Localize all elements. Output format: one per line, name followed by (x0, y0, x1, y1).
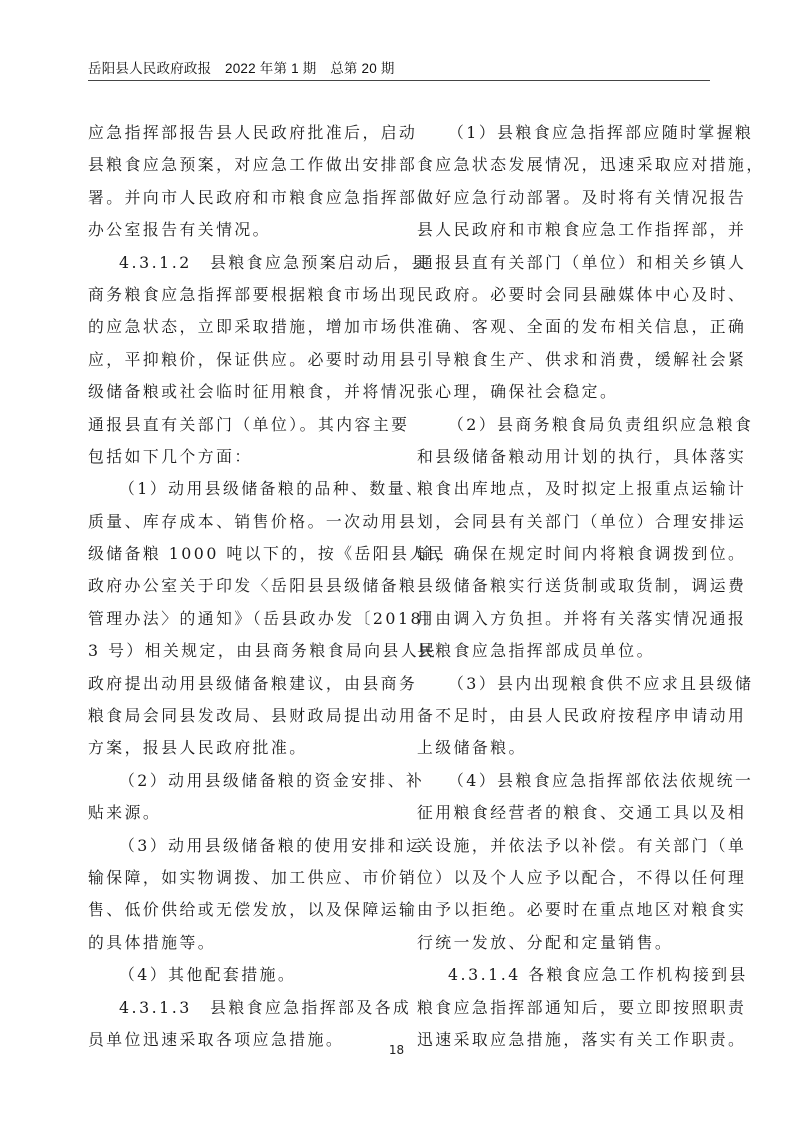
text-line: 做好应急行动部署。及时将有关情况报告 (417, 182, 713, 214)
text-line: 办公室报告有关情况。 (88, 214, 384, 246)
text-line: 应，平抑粮价，保证供应。必要时动用县 (88, 344, 384, 376)
text-line: 行统一发放、分配和定量销售。 (417, 927, 713, 959)
text-line: （2）动用县级储备粮的资金安排、补 (88, 765, 384, 797)
text-line: 张心理，确保社会稳定。 (417, 376, 713, 408)
right-column: （1）县粮食应急指挥部应随时掌握粮食应急状态发展情况，迅速采取应对措施，做好应急… (417, 117, 713, 1056)
text-line: 政府提出动用县级储备粮建议，由县商务 (88, 668, 384, 700)
text-line: （3）县内出现粮食供不应求且县级储 (417, 668, 713, 700)
text-line: 准确、客观、全面的发布相关信息，正确 (417, 311, 713, 343)
text-line: 位）以及个人应予以配合，不得以任何理 (417, 862, 713, 894)
text-line: 和县级储备粮动用计划的执行，具体落实 (417, 441, 713, 473)
text-line: 方案，报县人民政府批准。 (88, 732, 384, 764)
text-line: （3）动用县级储备粮的使用安排和运 (88, 830, 384, 862)
text-line: 质量、库存成本、销售价格。一次动用县 (88, 506, 384, 538)
text-line: 的应急状态，立即采取措施，增加市场供 (88, 311, 384, 343)
text-line: 关设施，并依法予以补偿。有关部门（单 (417, 830, 713, 862)
text-line: 粮食出库地点，及时拟定上报重点运输计 (417, 473, 713, 505)
text-line: （1）县粮食应急指挥部应随时掌握粮 (417, 117, 713, 149)
text-line: 输，确保在规定时间内将粮食调拨到位。 (417, 538, 713, 570)
text-line: （4）县粮食应急指挥部依法依规统一 (417, 765, 713, 797)
text-line: 征用粮食经营者的粮食、交通工具以及相 (417, 797, 713, 829)
text-line: 通报县直有关部门（单位）和相关乡镇人 (417, 247, 713, 279)
text-line: 4.3.1.2 县粮食应急预案启动后，县 (88, 247, 384, 279)
text-line: 民政府。必要时会同县融媒体中心及时、 (417, 279, 713, 311)
text-line: 商务粮食应急指挥部要根据粮食市场出现 (88, 279, 384, 311)
text-line: 贴来源。 (88, 797, 384, 829)
text-line: （1）动用县级储备粮的品种、数量、 (88, 473, 384, 505)
page-number: 18 (0, 1043, 793, 1057)
text-line: 包括如下几个方面： (88, 441, 384, 473)
text-line: 县粮食应急指挥部成员单位。 (417, 635, 713, 667)
text-line: 粮食应急指挥部通知后，要立即按照职责 (417, 992, 713, 1024)
text-line: 管理办法〉的通知》（岳县政办发〔2018〕 (88, 603, 384, 635)
text-line: （2）县商务粮食局负责组织应急粮食 (417, 409, 713, 441)
text-line: 的具体措施等。 (88, 927, 384, 959)
text-line: 4.3.1.4 各粮食应急工作机构接到县 (417, 959, 713, 991)
text-line: 引导粮食生产、供求和消费，缓解社会紧 (417, 344, 713, 376)
text-line: 粮食局会同县发改局、县财政局提出动用 (88, 700, 384, 732)
text-line: 县级储备粮实行送货制或取货制，调运费 (417, 570, 713, 602)
text-line: 售、低价供给或无偿发放，以及保障运输 (88, 894, 384, 926)
header-title: 岳阳县人民政府政报 2022 年第 1 期 总第 20 期 (88, 57, 395, 77)
text-line: 级储备粮 1000 吨以下的，按《岳阳县人民 (88, 538, 384, 570)
text-line: 备不足时，由县人民政府按程序申请动用 (417, 700, 713, 732)
left-column: 应急指挥部报告县人民政府批准后，启动县粮食应急预案，对应急工作做出安排部署。并向… (88, 117, 384, 1056)
text-line: 4.3.1.3 县粮食应急指挥部及各成 (88, 992, 384, 1024)
text-line: 政府办公室关于印发〈岳阳县县级储备粮 (88, 570, 384, 602)
text-line: （4）其他配套措施。 (88, 959, 384, 991)
running-header: 岳阳县人民政府政报 2022 年第 1 期 总第 20 期 (88, 60, 710, 81)
text-line: 通报县直有关部门（单位）。其内容主要 (88, 409, 384, 441)
text-line: 食应急状态发展情况，迅速采取应对措施， (417, 149, 713, 181)
text-line: 用由调入方负担。并将有关落实情况通报 (417, 603, 713, 635)
text-line: 署。并向市人民政府和市粮食应急指挥部 (88, 182, 384, 214)
text-line: 输保障，如实物调拨、加工供应、市价销 (88, 862, 384, 894)
text-line: 县粮食应急预案，对应急工作做出安排部 (88, 149, 384, 181)
text-line: 由予以拒绝。必要时在重点地区对粮食实 (417, 894, 713, 926)
text-line: 上级储备粮。 (417, 732, 713, 764)
text-line: 应急指挥部报告县人民政府批准后，启动 (88, 117, 384, 149)
text-line: 级储备粮或社会临时征用粮食，并将情况 (88, 376, 384, 408)
text-line: 县人民政府和市粮食应急工作指挥部，并 (417, 214, 713, 246)
text-line: 划，会同县有关部门（单位）合理安排运 (417, 506, 713, 538)
text-line: 3 号）相关规定，由县商务粮食局向县人民 (88, 635, 384, 667)
